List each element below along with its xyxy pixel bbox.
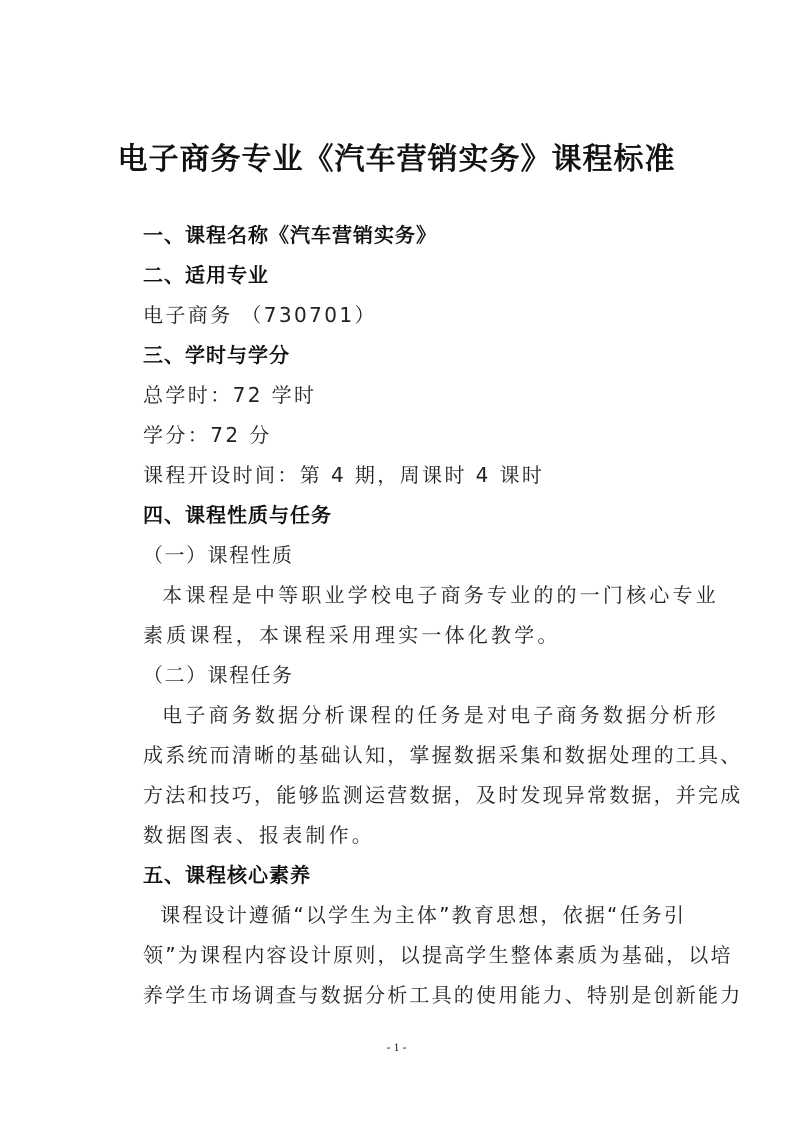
paragraph-line: 素质课程，本课程采用理实一体化教学。 <box>143 620 673 650</box>
heading-course-name: 一、课程名称《汽车营销实务》 <box>143 220 673 250</box>
paragraph-line: 成系统而清晰的基础认知，掌握数据采集和数据处理的工具、 <box>143 740 673 770</box>
heading-hours-credits: 三、学时与学分 <box>143 340 673 370</box>
body-schedule: 课程开设时间：第 4 期，周课时 4 课时 <box>143 460 673 490</box>
document-title: 电子商务专业《汽车营销实务》课程标准 <box>0 140 793 180</box>
heading-nature-tasks: 四、课程性质与任务 <box>143 500 673 530</box>
subheading-course-tasks: （二）课程任务 <box>143 660 673 690</box>
paragraph-line: 电子商务数据分析课程的任务是对电子商务数据分析形 <box>143 700 673 730</box>
page-number: - 1 - <box>0 1040 793 1055</box>
paragraph-line: 领”为课程内容设计原则，以提高学生整体素质为基础，以培 <box>143 940 673 970</box>
paragraph-line: 养学生市场调查与数据分析工具的使用能力、特别是创新能力 <box>143 980 673 1010</box>
paragraph-line: 数据图表、报表制作。 <box>143 820 673 850</box>
heading-core-literacy: 五、课程核心素养 <box>143 860 673 890</box>
body-major-code: 电子商务 （730701） <box>143 300 673 330</box>
subheading-course-nature: （一）课程性质 <box>143 540 673 570</box>
document-page: 电子商务专业《汽车营销实务》课程标准 一、课程名称《汽车营销实务》 二、适用专业… <box>0 0 793 1122</box>
paragraph-line: 课程设计遵循“以学生为主体”教育思想，依据“任务引 <box>143 900 673 930</box>
body-credits: 学分：72 分 <box>143 420 673 450</box>
heading-applicable-major: 二、适用专业 <box>143 260 673 290</box>
body-total-hours: 总学时：72 学时 <box>143 380 673 410</box>
paragraph-line: 方法和技巧，能够监测运营数据，及时发现异常数据，并完成 <box>143 780 673 810</box>
paragraph-line: 本课程是中等职业学校电子商务专业的的一门核心专业 <box>143 580 673 610</box>
